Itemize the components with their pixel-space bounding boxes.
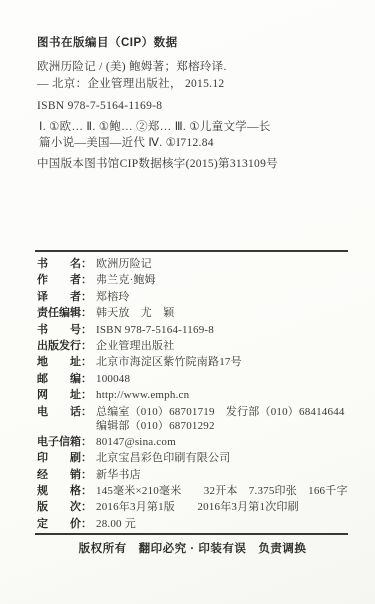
row-colon: ： [81,339,92,353]
divider-bottom [35,533,348,535]
row-colon: ： [81,435,92,449]
row-label: 电话 [37,405,81,419]
row-label: 地址 [37,355,81,369]
row-colon: ： [81,405,92,419]
cip-isbn-line: ISBN 978-7-5164-1169-8 [37,98,348,115]
table-row-postcode: 邮编： 100048 [37,372,348,386]
book-copyright-page: 图书在版编目（CIP）数据 欧洲历险记 / (美) 鲍姆著；郑榕玲译. — 北京… [0,0,375,604]
cip-heading: 图书在版编目（CIP）数据 [37,36,348,50]
row-label: 作者 [37,273,81,287]
table-row-title: 书名： 欧洲历险记 [37,257,348,271]
row-value: 欧洲历险记 [96,257,348,271]
row-colon: ： [81,468,92,482]
cip-record-lines: 欧洲历险记 / (美) 鲍姆著；郑榕玲译. — 北京：企业管理出版社， 2015… [37,59,348,92]
publication-info-table: 书名： 欧洲历险记 作者： 弗兰克·鲍姆 译者： 郑榕玲 责任编辑： 韩天放 尤… [37,257,348,531]
table-row-publisher: 出版发行： 企业管理出版社 [37,339,348,353]
row-colon: ： [81,517,92,531]
row-label: 邮编 [37,372,81,386]
row-colon: ： [81,257,92,271]
row-value: ISBN 978-7-5164-1169-8 [96,323,348,337]
table-row-edition: 版次： 2016年3月第1版 2016年3月第1次印刷 [37,500,348,514]
table-row-telephone: 电话： 总编室（010）68701719 发行部（010）68414644 编辑… [37,405,348,433]
row-label: 出版发行 [37,339,81,353]
row-value: 北京宝昌彩色印刷有限公司 [96,451,348,465]
row-label: 书名 [37,257,81,271]
table-row-translator: 译者： 郑榕玲 [37,290,348,304]
row-value: 韩天放 尤 颖 [96,306,348,320]
row-value: 100048 [96,372,348,386]
row-label: 规格 [37,484,81,498]
row-value: 80147@sina.com [96,435,348,449]
row-colon: ： [81,306,92,320]
row-label: 电子信箱 [37,435,81,449]
row-colon: ： [81,355,92,369]
table-row-author: 作者： 弗兰克·鲍姆 [37,273,348,287]
row-label: 经销 [37,468,81,482]
row-colon: ： [81,372,92,386]
divider-top [35,250,348,252]
row-label: 责任编辑 [37,306,81,320]
cip-record-number: 中国版本图书馆CIP数据核字(2015)第313109号 [37,156,348,173]
table-row-editor: 责任编辑： 韩天放 尤 颖 [37,306,348,320]
table-row-price: 定价： 28.00 元 [37,517,348,531]
row-colon: ： [81,451,92,465]
row-label: 印刷 [37,451,81,465]
row-colon: ： [81,484,92,498]
row-label: 定价 [37,517,81,531]
row-colon: ： [81,323,92,337]
row-value: http://www.emph.cn [96,388,348,402]
table-row-distributor: 经销： 新华书店 [37,468,348,482]
row-colon: ： [81,388,92,402]
table-row-website: 网址： http://www.emph.cn [37,388,348,402]
table-row-isbn: 书号： ISBN 978-7-5164-1169-8 [37,323,348,337]
table-row-address: 地址： 北京市海淀区紫竹院南路17号 [37,355,348,369]
row-value: 企业管理出版社 [96,339,348,353]
row-label: 译者 [37,290,81,304]
table-row-format: 规格： 145毫米×210毫米 32开本 7.375印张 166千字 [37,484,348,498]
row-value: 28.00 元 [96,517,348,531]
row-label: 网址 [37,388,81,402]
row-label: 书号 [37,323,81,337]
row-value: 2016年3月第1版 2016年3月第1次印刷 [96,500,348,514]
row-value: 新华书店 [96,468,348,482]
row-colon: ： [81,273,92,287]
table-row-email: 电子信箱： 80147@sina.com [37,435,348,449]
cip-block: 图书在版编目（CIP）数据 欧洲历险记 / (美) 鲍姆著；郑榕玲译. — 北京… [37,36,348,172]
row-value: 145毫米×210毫米 32开本 7.375印张 166千字 [96,484,348,498]
row-colon: ： [81,500,92,514]
cip-classification-lines: Ⅰ. ①欧… Ⅱ. ①鲍… ②郑… Ⅲ. ①儿童文学—长 篇小说—美国—近代 Ⅳ… [37,119,348,152]
row-label: 版次 [37,500,81,514]
copyright-notice: 版权所有 翻印必究 · 印装有误 负责调换 [37,542,348,556]
table-row-printer: 印刷： 北京宝昌彩色印刷有限公司 [37,451,348,465]
row-value: 郑榕玲 [96,290,348,304]
row-value: 弗兰克·鲍姆 [96,273,348,287]
row-value: 北京市海淀区紫竹院南路17号 [96,355,348,369]
row-value: 总编室（010）68701719 发行部（010）68414644 编辑部（01… [96,405,348,433]
row-colon: ： [81,290,92,304]
